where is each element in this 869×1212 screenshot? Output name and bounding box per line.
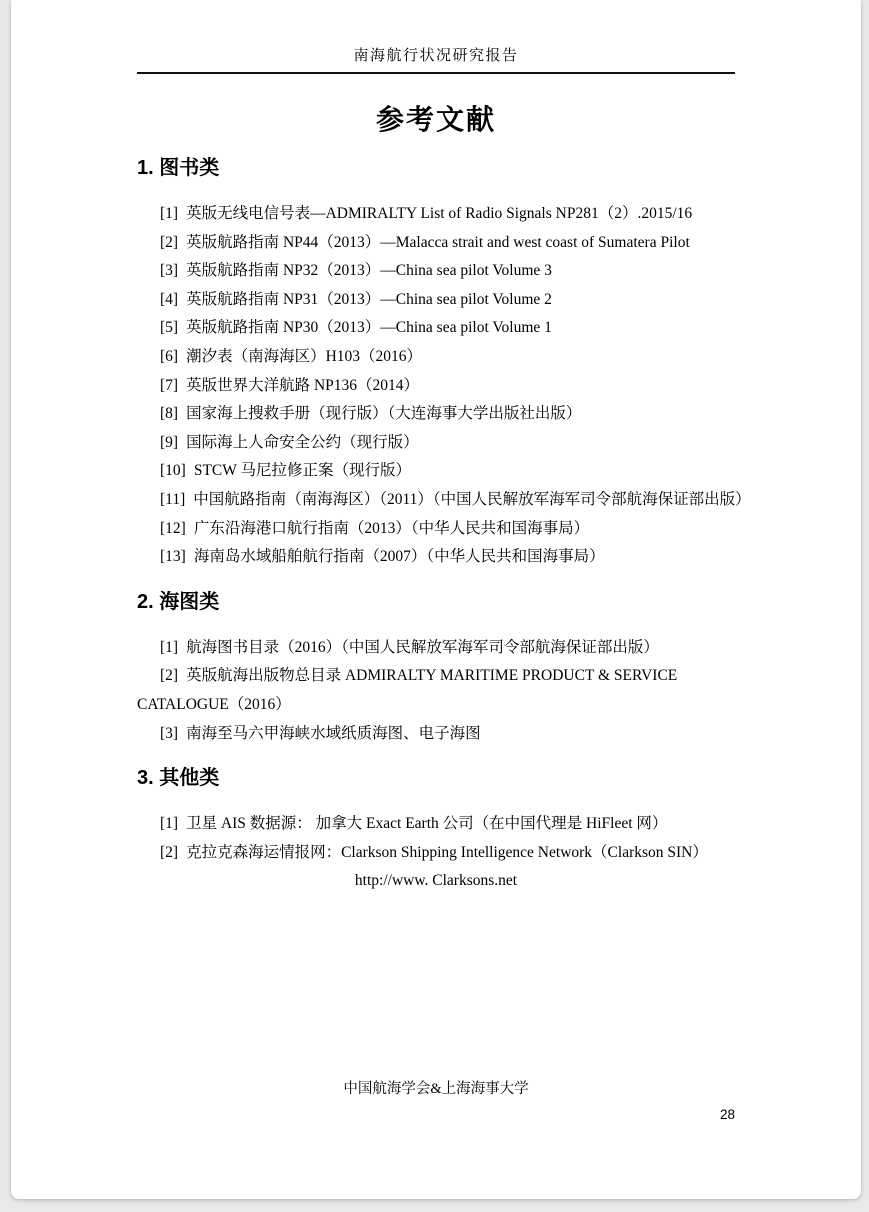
item-marker: [7] xyxy=(160,377,178,394)
item-text: 广东沿海港口航行指南（2013）（中华人民共和国海事局） xyxy=(194,520,589,537)
item-marker: [2] xyxy=(160,844,178,861)
item-marker: [3] xyxy=(160,262,178,279)
item-text: 英版航路指南 NP31（2013）—China sea pilot Volume… xyxy=(186,291,552,308)
references-title: 参考文献 xyxy=(137,98,735,138)
reference-item: [13]海南岛水域船舶航行指南（2007）（中华人民共和国海事局） xyxy=(137,543,735,572)
item-marker: [9] xyxy=(160,434,178,451)
reference-item: [3]英版航路指南 NP32（2013）—China sea pilot Vol… xyxy=(137,257,735,286)
item-marker: [3] xyxy=(160,725,178,742)
item-text: 航海图书目录（2016）（中国人民解放军海军司令部航海保证部出版） xyxy=(186,639,659,656)
section-heading: 1. 图书类 xyxy=(137,151,735,180)
reference-item: http://www. Clarksons.net xyxy=(137,867,735,896)
item-text: 海南岛水域船舶航行指南（2007）（中华人民共和国海事局） xyxy=(194,548,605,565)
page-number: 28 xyxy=(720,1107,735,1122)
reference-item: [10]STCW 马尼拉修正案（现行版） xyxy=(137,457,735,486)
item-text: 英版航海出版物总目录 ADMIRALTY MARITIME PRODUCT & … xyxy=(186,667,677,684)
item-text: 英版航路指南 NP32（2013）—China sea pilot Volume… xyxy=(186,262,552,279)
item-marker: [2] xyxy=(160,234,178,251)
reference-item: [11]中国航路指南（南海海区）（2011）（中国人民解放军海军司令部航海保证部… xyxy=(137,486,735,515)
item-text: 英版航路指南 NP44（2013）—Malacca strait and wes… xyxy=(186,234,690,251)
reference-item: [5]英版航路指南 NP30（2013）—China sea pilot Vol… xyxy=(137,314,735,343)
item-text: 克拉克森海运情报网：Clarkson Shipping Intelligence… xyxy=(186,844,708,861)
item-text: 英版世界大洋航路 NP136（2014） xyxy=(186,377,419,394)
document-page: 南海航行状况研究报告 参考文献 1. 图书类[1]英版无线电信号表—ADMIRA… xyxy=(11,0,861,1199)
reference-item: [12]广东沿海港口航行指南（2013）（中华人民共和国海事局） xyxy=(137,515,735,544)
item-text: 南海至马六甲海峡水域纸质海图、电子海图 xyxy=(186,725,481,742)
reference-section: 3. 其他类[1]卫星 AIS 数据源： 加拿大 Exact Earth 公司（… xyxy=(137,761,735,896)
section-items: [1]航海图书目录（2016）（中国人民解放军海军司令部航海保证部出版）[2]英… xyxy=(137,634,735,748)
section-heading: 3. 其他类 xyxy=(137,761,735,790)
item-text-continuation: CATALOGUE（2016） xyxy=(137,691,735,720)
item-text: 国际海上人命安全公约（现行版） xyxy=(186,434,419,451)
reference-item: [8]国家海上搜救手册（现行版）（大连海事大学出版社出版） xyxy=(137,400,735,429)
item-marker: [1] xyxy=(160,815,178,832)
page-content: 南海航行状况研究报告 参考文献 1. 图书类[1]英版无线电信号表—ADMIRA… xyxy=(137,0,735,896)
item-marker: [12] xyxy=(160,520,186,537)
item-marker: [1] xyxy=(160,639,178,656)
reference-item: [2]克拉克森海运情报网：Clarkson Shipping Intellige… xyxy=(137,839,735,868)
item-text: 卫星 AIS 数据源： 加拿大 Exact Earth 公司（在中国代理是 Hi… xyxy=(186,815,667,832)
document-viewport: 南海航行状况研究报告 参考文献 1. 图书类[1]英版无线电信号表—ADMIRA… xyxy=(0,0,869,1212)
item-marker: [1] xyxy=(160,205,178,222)
item-text: 国家海上搜救手册（现行版）（大连海事大学出版社出版） xyxy=(186,405,581,422)
item-marker: [8] xyxy=(160,405,178,422)
item-text: 英版无线电信号表—ADMIRALTY List of Radio Signals… xyxy=(186,205,692,222)
reference-item: [4]英版航路指南 NP31（2013）—China sea pilot Vol… xyxy=(137,286,735,315)
reference-sections: 1. 图书类[1]英版无线电信号表—ADMIRALTY List of Radi… xyxy=(137,151,735,896)
item-marker: [13] xyxy=(160,548,186,565)
reference-item: [3]南海至马六甲海峡水域纸质海图、电子海图 xyxy=(137,720,735,749)
item-marker: [2] xyxy=(160,667,178,684)
item-text: http://www. Clarksons.net xyxy=(355,872,517,889)
reference-item: [1]英版无线电信号表—ADMIRALTY List of Radio Sign… xyxy=(137,200,735,229)
reference-item: [7]英版世界大洋航路 NP136（2014） xyxy=(137,372,735,401)
reference-item: [1]卫星 AIS 数据源： 加拿大 Exact Earth 公司（在中国代理是… xyxy=(137,810,735,839)
reference-item: [6]潮汐表（南海海区）H103（2016） xyxy=(137,343,735,372)
reference-item: [9]国际海上人命安全公约（现行版） xyxy=(137,429,735,458)
item-marker: [5] xyxy=(160,319,178,336)
item-text: 英版航路指南 NP30（2013）—China sea pilot Volume… xyxy=(186,319,552,336)
item-marker: [4] xyxy=(160,291,178,308)
section-items: [1]卫星 AIS 数据源： 加拿大 Exact Earth 公司（在中国代理是… xyxy=(137,810,735,896)
section-items: [1]英版无线电信号表—ADMIRALTY List of Radio Sign… xyxy=(137,200,735,572)
reference-item: [2]英版航路指南 NP44（2013）—Malacca strait and … xyxy=(137,229,735,258)
item-text: STCW 马尼拉修正案（现行版） xyxy=(194,462,411,479)
item-marker: [11] xyxy=(160,491,185,508)
footer-affiliation: 中国航海学会&上海海事大学 xyxy=(137,1077,735,1098)
item-text: 潮汐表（南海海区）H103（2016） xyxy=(186,348,422,365)
reference-section: 2. 海图类[1]航海图书目录（2016）（中国人民解放军海军司令部航海保证部出… xyxy=(137,585,735,748)
item-text: 中国航路指南（南海海区）（2011）（中国人民解放军海军司令部航海保证部出版） xyxy=(193,491,750,508)
reference-section: 1. 图书类[1]英版无线电信号表—ADMIRALTY List of Radi… xyxy=(137,151,735,572)
report-header-title: 南海航行状况研究报告 xyxy=(137,0,735,74)
item-marker: [10] xyxy=(160,462,186,479)
reference-item: [2]英版航海出版物总目录 ADMIRALTY MARITIME PRODUCT… xyxy=(137,662,735,719)
item-marker: [6] xyxy=(160,348,178,365)
section-heading: 2. 海图类 xyxy=(137,585,735,614)
reference-item: [1]航海图书目录（2016）（中国人民解放军海军司令部航海保证部出版） xyxy=(137,634,735,663)
